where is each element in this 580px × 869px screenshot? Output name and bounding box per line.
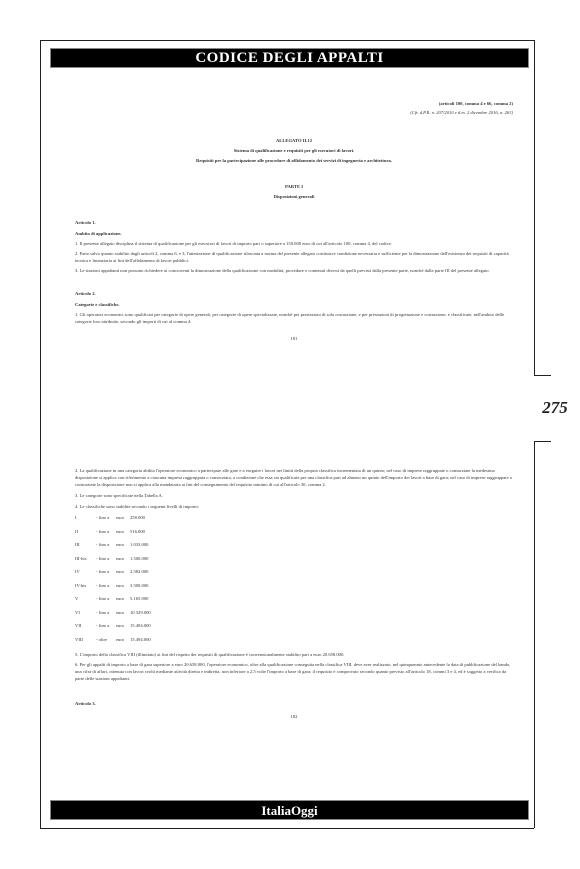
classifica-currency: euro — [116, 582, 130, 596]
classifica-class: III — [75, 541, 96, 555]
classifica-row: V- fino aeuro5.165.000 — [75, 595, 513, 609]
classifica-row: III-bis- fino aeuro1.500.000 — [75, 555, 513, 569]
classifica-class: I — [75, 514, 96, 528]
classifica-amount: 15.494.000 — [130, 622, 170, 636]
page-marker-tick-lower — [534, 441, 551, 442]
parte-title: Disposizioni generali — [75, 193, 513, 200]
article-3-title: Articolo 3. — [75, 700, 513, 707]
article-1-subtitle: Ambito di applicazione. — [75, 230, 513, 237]
classifica-amount: 1.033.000 — [130, 541, 170, 555]
classifiche-table: I- fino aeuro258.000II- fino aeuro516.00… — [75, 514, 513, 649]
article-2-paragraph-1: 1. Gli operatori economici sono qualific… — [75, 311, 513, 325]
classifica-row: IV- fino aeuro2.582.000 — [75, 568, 513, 582]
classifica-row: I- fino aeuro258.000 — [75, 514, 513, 528]
classifica-currency: euro — [116, 609, 130, 623]
reference-articles: (articoli 100, comma 4 e 66, comma 2) — [75, 100, 513, 107]
article-2-paragraph-5: 5. L'importo della classifica VIII (illi… — [75, 651, 513, 658]
classifica-limit: - fino a — [96, 622, 116, 636]
article-2-paragraph-2: 2. La qualificazione in una categoria ab… — [75, 467, 513, 488]
classifica-row: VII- fino aeuro15.494.000 — [75, 622, 513, 636]
classifica-currency: euro — [116, 622, 130, 636]
classifica-amount: 10.329.000 — [130, 609, 170, 623]
side-page-number: 275 — [530, 398, 580, 418]
allegato-subtitle-2: Requisiti per la partecipazione alle pro… — [75, 157, 513, 164]
footer-brand-bar: ItaliaOggi — [50, 800, 529, 820]
document-page-182: 2. La qualificazione in una categoria ab… — [75, 467, 513, 720]
classifica-amount: 516.000 — [130, 528, 170, 542]
classifica-class: IV-bis — [75, 582, 96, 596]
classifica-currency: euro — [116, 528, 130, 542]
classifica-class: II — [75, 528, 96, 542]
frame-border-top — [40, 40, 534, 41]
article-1-paragraph-1: 1. Il presente allegato disciplina il si… — [75, 240, 513, 247]
article-2-subtitle: Categorie e classifiche. — [75, 301, 513, 308]
article-1-paragraph-3: 3. Le stazioni appaltanti non possono ri… — [75, 267, 513, 274]
allegato-subtitle-1: Sistema di qualificazione e requisiti pe… — [75, 147, 513, 154]
classifica-currency: euro — [116, 514, 130, 528]
classifica-class: V — [75, 595, 96, 609]
classifica-currency: euro — [116, 595, 130, 609]
classifica-amount: 3.500.000 — [130, 582, 170, 596]
classifica-row: IV-bis- fino aeuro3.500.000 — [75, 582, 513, 596]
classifica-limit: - fino a — [96, 541, 116, 555]
classifica-amount: 258.000 — [130, 514, 170, 528]
classifica-currency: euro — [116, 555, 130, 569]
classifica-limit: - fino a — [96, 568, 116, 582]
frame-border-bottom — [40, 828, 534, 829]
article-2-title: Articolo 2. — [75, 290, 513, 297]
classifica-row: VIII- oltreeuro15.494.000 — [75, 636, 513, 650]
classifica-row: III- fino aeuro1.033.000 — [75, 541, 513, 555]
classifica-currency: euro — [116, 541, 130, 555]
classifica-limit: - fino a — [96, 609, 116, 623]
article-2-paragraph-3: 3. Le categorie sono specificate nella T… — [75, 492, 513, 499]
classifica-amount: 2.582.000 — [130, 568, 170, 582]
classifica-row: VI- fino aeuro10.329.000 — [75, 609, 513, 623]
classifica-class: IV — [75, 568, 96, 582]
classifica-amount: 5.165.000 — [130, 595, 170, 609]
document-page-181: (articoli 100, comma 4 e 66, comma 2) (C… — [75, 100, 513, 342]
classifica-limit: - fino a — [96, 595, 116, 609]
article-2-paragraph-6: 6. Per gli appalti di importo a base di … — [75, 661, 513, 682]
allegato-heading: ALLEGATO II.12 — [75, 137, 513, 144]
classifica-amount: 1.500.000 — [130, 555, 170, 569]
classifica-class: III-bis — [75, 555, 96, 569]
classifica-class: VII — [75, 622, 96, 636]
parte-heading: PARTE I — [75, 183, 513, 190]
page-marker-tick-upper — [534, 375, 551, 376]
classifica-limit: - oltre — [96, 636, 116, 650]
article-1-title: Articolo 1. — [75, 219, 513, 226]
classifica-class: VI — [75, 609, 96, 623]
page-number-181: 181 — [75, 335, 513, 342]
header-title-bar: CODICE DEGLI APPALTI — [50, 48, 529, 68]
frame-border-right-upper — [534, 40, 535, 375]
classifica-currency: euro — [116, 568, 130, 582]
classifica-limit: - fino a — [96, 555, 116, 569]
classifica-class: VIII — [75, 636, 96, 650]
classifica-limit: - fino a — [96, 528, 116, 542]
article-1-paragraph-2: 2. Fatto salvo quanto stabilito dagli ar… — [75, 250, 513, 264]
classifica-row: II- fino aeuro516.000 — [75, 528, 513, 542]
frame-border-right-lower — [534, 441, 535, 828]
classifica-limit: - fino a — [96, 514, 116, 528]
classifica-amount: 15.494.000 — [130, 636, 170, 650]
page-number-182: 182 — [75, 713, 513, 720]
classifica-currency: euro — [116, 636, 130, 650]
classifica-limit: - fino a — [96, 582, 116, 596]
article-2-paragraph-4: 4. Le classifiche sono stabilite secondo… — [75, 503, 513, 510]
frame-border-left — [40, 40, 41, 828]
reference-cfr: (Cfr. d.P.R. n. 207/2010 e d.m. 2 dicemb… — [75, 109, 513, 116]
